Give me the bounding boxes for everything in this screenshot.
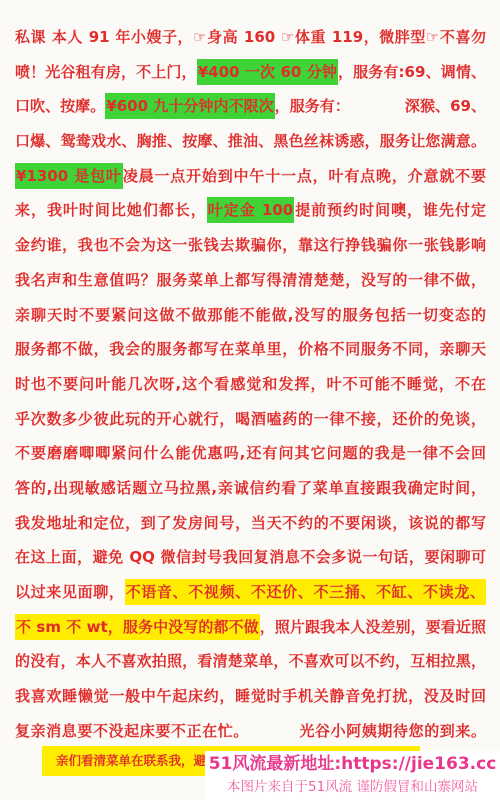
text-segment: 我名声和生意值吗？服务菜单上都写得清清楚楚，没写的一律不做， [15, 271, 486, 289]
text-segment: ，照片跟我本人没差别，要看近照 [260, 618, 486, 636]
text-segment: 光谷小阿姨期待您的到来。 [299, 722, 486, 740]
text-line: 金约谁，我也不会为这一张钱去欺骗你，靠这行挣钱骗你一张钱影响 [15, 228, 486, 263]
watermark-banner: 51风流最新地址:https://jie163.cc 本图片来自于51风流 谨防… [205, 751, 500, 800]
text-segment: 服务都不做，我会的服务都写在菜单里，价格不同服务不同，亲聊天 [15, 340, 486, 358]
text-segment: 不语音、不视频、不还价、不三捅、不缸、不读龙、 [125, 579, 486, 605]
text-segment: ¥1300 是包叶 [15, 163, 123, 189]
text-segment: 亲聊天时不要紧问这做不做那能不能做,没写的服务包括一切变态的 [15, 306, 486, 324]
text-line: 的没有，本人不喜欢拍照，看清楚菜单，不喜欢可以不约，互相拉黑， [15, 644, 486, 679]
text-segment: 的没有，本人不喜欢拍照，看清楚菜单，不喜欢可以不约，互相拉黑， [15, 652, 486, 670]
text-line: 乎次数多少彼此玩的开心就行，喝酒嗑药的一律不接，还价的免谈， [15, 402, 486, 437]
text-line: ¥1300 是包叶凌晨一点开始到中午十一点，叶有点晚，介意就不要 [15, 159, 486, 194]
text-segment: 叶定金 100 [207, 197, 294, 223]
text-segment: 我喜欢睡懒觉一般中午起床约，睡觉时手机关静音免打扰，没及时回 [15, 687, 486, 705]
text-line: 服务都不做，我会的服务都写在菜单里，价格不同服务不同，亲聊天 [15, 332, 486, 367]
text-line: 在这上面，避免 QQ 微信封号我回复消息不会多说一句话，要闲聊可 [15, 540, 486, 575]
spacer [249, 735, 299, 736]
text-segment: 乎次数多少彼此玩的开心就行，喝酒嗑药的一律不接，还价的免谈， [15, 410, 486, 428]
text-segment: 不 sm 不 wt，服务中没写的都不做 [15, 614, 260, 640]
footnote-text: 亲们看清菜单在联系我，避免 [56, 753, 219, 768]
text-line: 不 sm 不 wt，服务中没写的都不做，照片跟我本人没差别，要看近照 [15, 610, 486, 645]
text-segment: 口吹、按摩。 [15, 97, 105, 115]
flyer-page: 私课 本人 91 年小嫂子，☞身高 160 ☞体重 119，微胖型☞不喜勿喷！光… [0, 0, 500, 800]
text-segment: 不要磨磨唧唧紧问什么能优惠吗,还有问其它问题的我是一律不会回 [15, 444, 486, 462]
text-line: 答的,出现敏感话题立马拉黑,亲诚信约看了菜单直接跟我确定时间， [15, 471, 486, 506]
text-segment: 我发地址和定位，到了发房间号，当天不约的不要闲谈，该说的都写 [15, 514, 486, 532]
document-body: 私课 本人 91 年小嫂子，☞身高 160 ☞体重 119，微胖型☞不喜勿喷！光… [15, 20, 486, 748]
text-segment: 深猴、69、 [405, 97, 486, 115]
text-line: 复亲消息要不没起床要不正在忙。光谷小阿姨期待您的到来。 [15, 714, 486, 749]
text-segment: 时也不要问叶能几次呀,这个看感觉和发挥，叶不可能不睡觉，不在 [15, 375, 486, 393]
text-segment: 口爆、鸳鸯戏水、胸推、按摩、推油、黑色丝袜诱惑，服务让您满意。 [15, 132, 486, 150]
text-line: 我喜欢睡懒觉一般中午起床约，睡觉时手机关静音免打扰，没及时回 [15, 679, 486, 714]
text-segment: 来，我叶时间比她们都长， [15, 201, 207, 219]
text-line: 我发地址和定位，到了发房间号，当天不约的不要闲谈，该说的都写 [15, 506, 486, 541]
text-line: 来，我叶时间比她们都长，叶定金 100提前预约时间噢，谁先付定 [15, 193, 486, 228]
text-segment: 复亲消息要不没起床要不正在忙。 [15, 722, 249, 740]
text-line: 喷！光谷租有房，不上门，¥400 一次 60 分钟，服务有:69、调情、 [15, 55, 486, 90]
text-segment: ¥600 九十分钟内不限次 [105, 93, 274, 119]
text-line: 口吹、按摩。¥600 九十分钟内不限次，服务有：深猴、69、 [15, 89, 486, 124]
spacer [350, 110, 405, 111]
text-segment: 喷！光谷租有房，不上门， [15, 63, 197, 81]
text-segment: 提前预约时间噢，谁先付定 [294, 201, 486, 219]
text-segment: 以过来见面聊， [15, 583, 125, 601]
text-segment: ，服务有:69、调情、 [338, 63, 486, 81]
text-line: 我名声和生意值吗？服务菜单上都写得清清楚楚，没写的一律不做， [15, 263, 486, 298]
watermark-site-url: 51风流最新地址:https://jie163.cc [205, 751, 500, 777]
text-segment: 凌晨一点开始到中午十一点，叶有点晚，介意就不要 [123, 167, 486, 185]
watermark-disclaimer: 本图片来自于51风流 谨防假冒和山寨网站 [205, 777, 500, 797]
text-segment: ，服务有： [275, 97, 350, 115]
text-segment: 金约谁，我也不会为这一张钱去欺骗你，靠这行挣钱骗你一张钱影响 [15, 236, 486, 254]
text-line: 私课 本人 91 年小嫂子，☞身高 160 ☞体重 119，微胖型☞不喜勿 [15, 20, 486, 55]
text-segment: ¥400 一次 60 分钟 [197, 59, 338, 85]
text-line: 时也不要问叶能几次呀,这个看感觉和发挥，叶不可能不睡觉，不在 [15, 367, 486, 402]
text-segment: 答的,出现敏感话题立马拉黑,亲诚信约看了菜单直接跟我确定时间， [15, 479, 486, 497]
text-line: 不要磨磨唧唧紧问什么能优惠吗,还有问其它问题的我是一律不会回 [15, 436, 486, 471]
text-line: 口爆、鸳鸯戏水、胸推、按摩、推油、黑色丝袜诱惑，服务让您满意。 [15, 124, 486, 159]
text-segment: 在这上面，避免 QQ 微信封号我回复消息不会多说一句话，要闲聊可 [15, 548, 486, 566]
text-segment: 私课 本人 91 年小嫂子，☞身高 160 ☞体重 119，微胖型☞不喜勿 [15, 28, 486, 46]
text-line: 以过来见面聊，不语音、不视频、不还价、不三捅、不缸、不读龙、 [15, 575, 486, 610]
text-line: 亲聊天时不要紧问这做不做那能不能做,没写的服务包括一切变态的 [15, 298, 486, 333]
